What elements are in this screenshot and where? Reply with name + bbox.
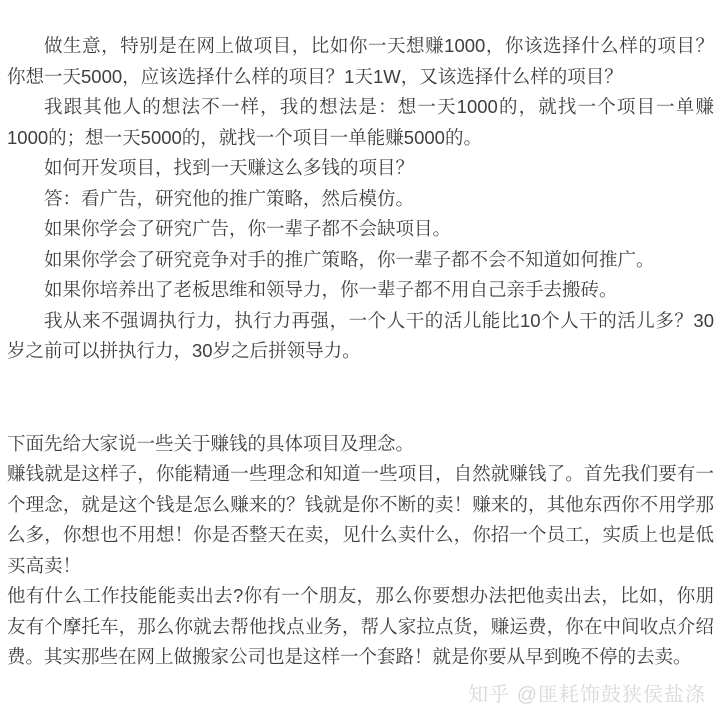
paragraph: 如果你学会了研究广告，你一辈子都不会缺项目。 [7, 214, 714, 245]
paragraph: 做生意，特别是在网上做项目，比如你一天想赚1000，你该选择什么样的项目？你想一… [7, 31, 714, 92]
article-section-1: 做生意，特别是在网上做项目，比如你一天想赚1000，你该选择什么样的项目？你想一… [7, 31, 714, 367]
paragraph: 答：看广告，研究他的推广策略，然后模仿。 [7, 184, 714, 215]
paragraph: 他有什么工作技能能卖出去?你有一个朋友，那么你要想办法把他卖出去，比如，你朋友有… [7, 581, 714, 673]
paragraph: 如果你培养出了老板思维和领导力，你一辈子都不用自己亲手去搬砖。 [7, 275, 714, 306]
article-page: 做生意，特别是在网上做项目，比如你一天想赚1000，你该选择什么样的项目？你想一… [0, 0, 720, 721]
paragraph: 赚钱就是这样子，你能精通一些理念和知道一些项目，自然就赚钱了。首先我们要有一个理… [7, 459, 714, 581]
zhihu-watermark: 知乎 @匪耗饰鼓狭侯盐涤 [7, 682, 714, 708]
article-section-2: 下面先给大家说一些关于赚钱的具体项目及理念。 赚钱就是这样子，你能精通一些理念和… [7, 429, 714, 673]
paragraph: 我跟其他人的想法不一样，我的想法是：想一天1000的，就找一个项目一单赚1000… [7, 92, 714, 153]
watermark-text: 知乎 @匪耗饰鼓狭侯盐涤 [468, 684, 706, 706]
paragraph: 如何开发项目，找到一天赚这么多钱的项目？ [7, 153, 714, 184]
paragraph: 下面先给大家说一些关于赚钱的具体项目及理念。 [7, 429, 714, 460]
paragraph: 我从来不强调执行力，执行力再强，一个人干的活儿能比10个人干的活儿多？30岁之前… [7, 306, 714, 367]
paragraph: 如果你学会了研究竞争对手的推广策略，你一辈子都不会不知道如何推广。 [7, 245, 714, 276]
